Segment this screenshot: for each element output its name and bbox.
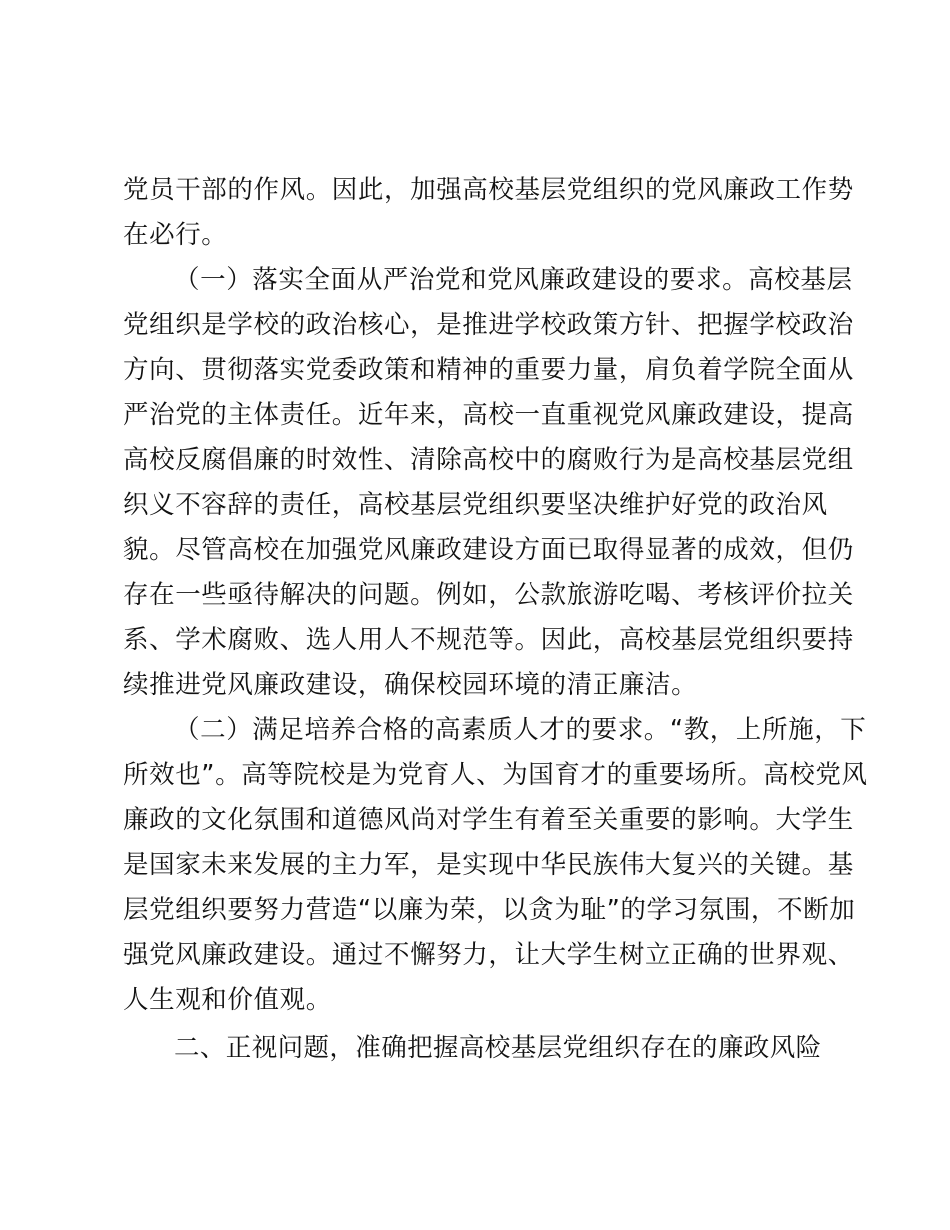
text-line: 织义不容辞的责任，高校基层党组织要坚决维护好党的政治风 [123, 490, 828, 520]
text-line: 存在一些亟待解决的问题。例如，公款旅游吃喝、考核评价拉关 [123, 580, 854, 610]
text-line: 廉政的文化氛围和道德风尚对学生有着至关重要的影响。大学生 [123, 805, 854, 835]
text-line: 高校反腐倡廉的时效性、清除高校中的腐败行为是高校基层党组 [123, 445, 854, 475]
section-heading-1: （一）落实全面从严治党和党风廉政建设的要求。高校基层 [174, 265, 853, 295]
text-line: 层党组织要努力营造“以廉为荣，以贪为耻”的学习氛围，不断加 [123, 895, 855, 925]
text-line: 党员干部的作风。因此，加强高校基层党组织的党风廉政工作势 [123, 175, 854, 205]
section-heading-2: （二）满足培养合格的高素质人才的要求。“教，上所施，下 [174, 715, 866, 745]
text-line: 所效也”。高等院校是为党育人、为国育才的重要场所。高校党风 [123, 760, 868, 790]
text-line: 方向、贯彻落实党委政策和精神的重要力量，肩负着学院全面从 [123, 355, 854, 385]
text-line: 党组织是学校的政治核心，是推进学校政策方针、把握学校政治 [123, 310, 854, 340]
document-page: 党员干部的作风。因此，加强高校基层党组织的党风廉政工作势 在必行。 （一）落实全… [0, 0, 950, 1230]
text-line: 在必行。 [123, 220, 227, 250]
text-line: 严治党的主体责任。近年来，高校一直重视党风廉政建设，提高 [123, 400, 854, 430]
chapter-heading: 二、正视问题，准确把握高校基层党组织存在的廉政风险 [174, 1033, 822, 1063]
text-line: 是国家未来发展的主力军，是实现中华民族伟大复兴的关键。基 [123, 850, 854, 880]
text-line: 系、学术腐败、选人用人不规范等。因此，高校基层党组织要持 [123, 625, 854, 655]
text-line: 貌。尽管高校在加强党风廉政建设方面已取得显著的成效，但仍 [123, 535, 854, 565]
text-line: 强党风廉政建设。通过不懈努力，让大学生树立正确的世界观、 [123, 940, 854, 970]
text-line: 续推进党风廉政建设，确保校园环境的清正廉洁。 [123, 670, 697, 700]
text-line: 人生观和价值观。 [123, 985, 332, 1015]
